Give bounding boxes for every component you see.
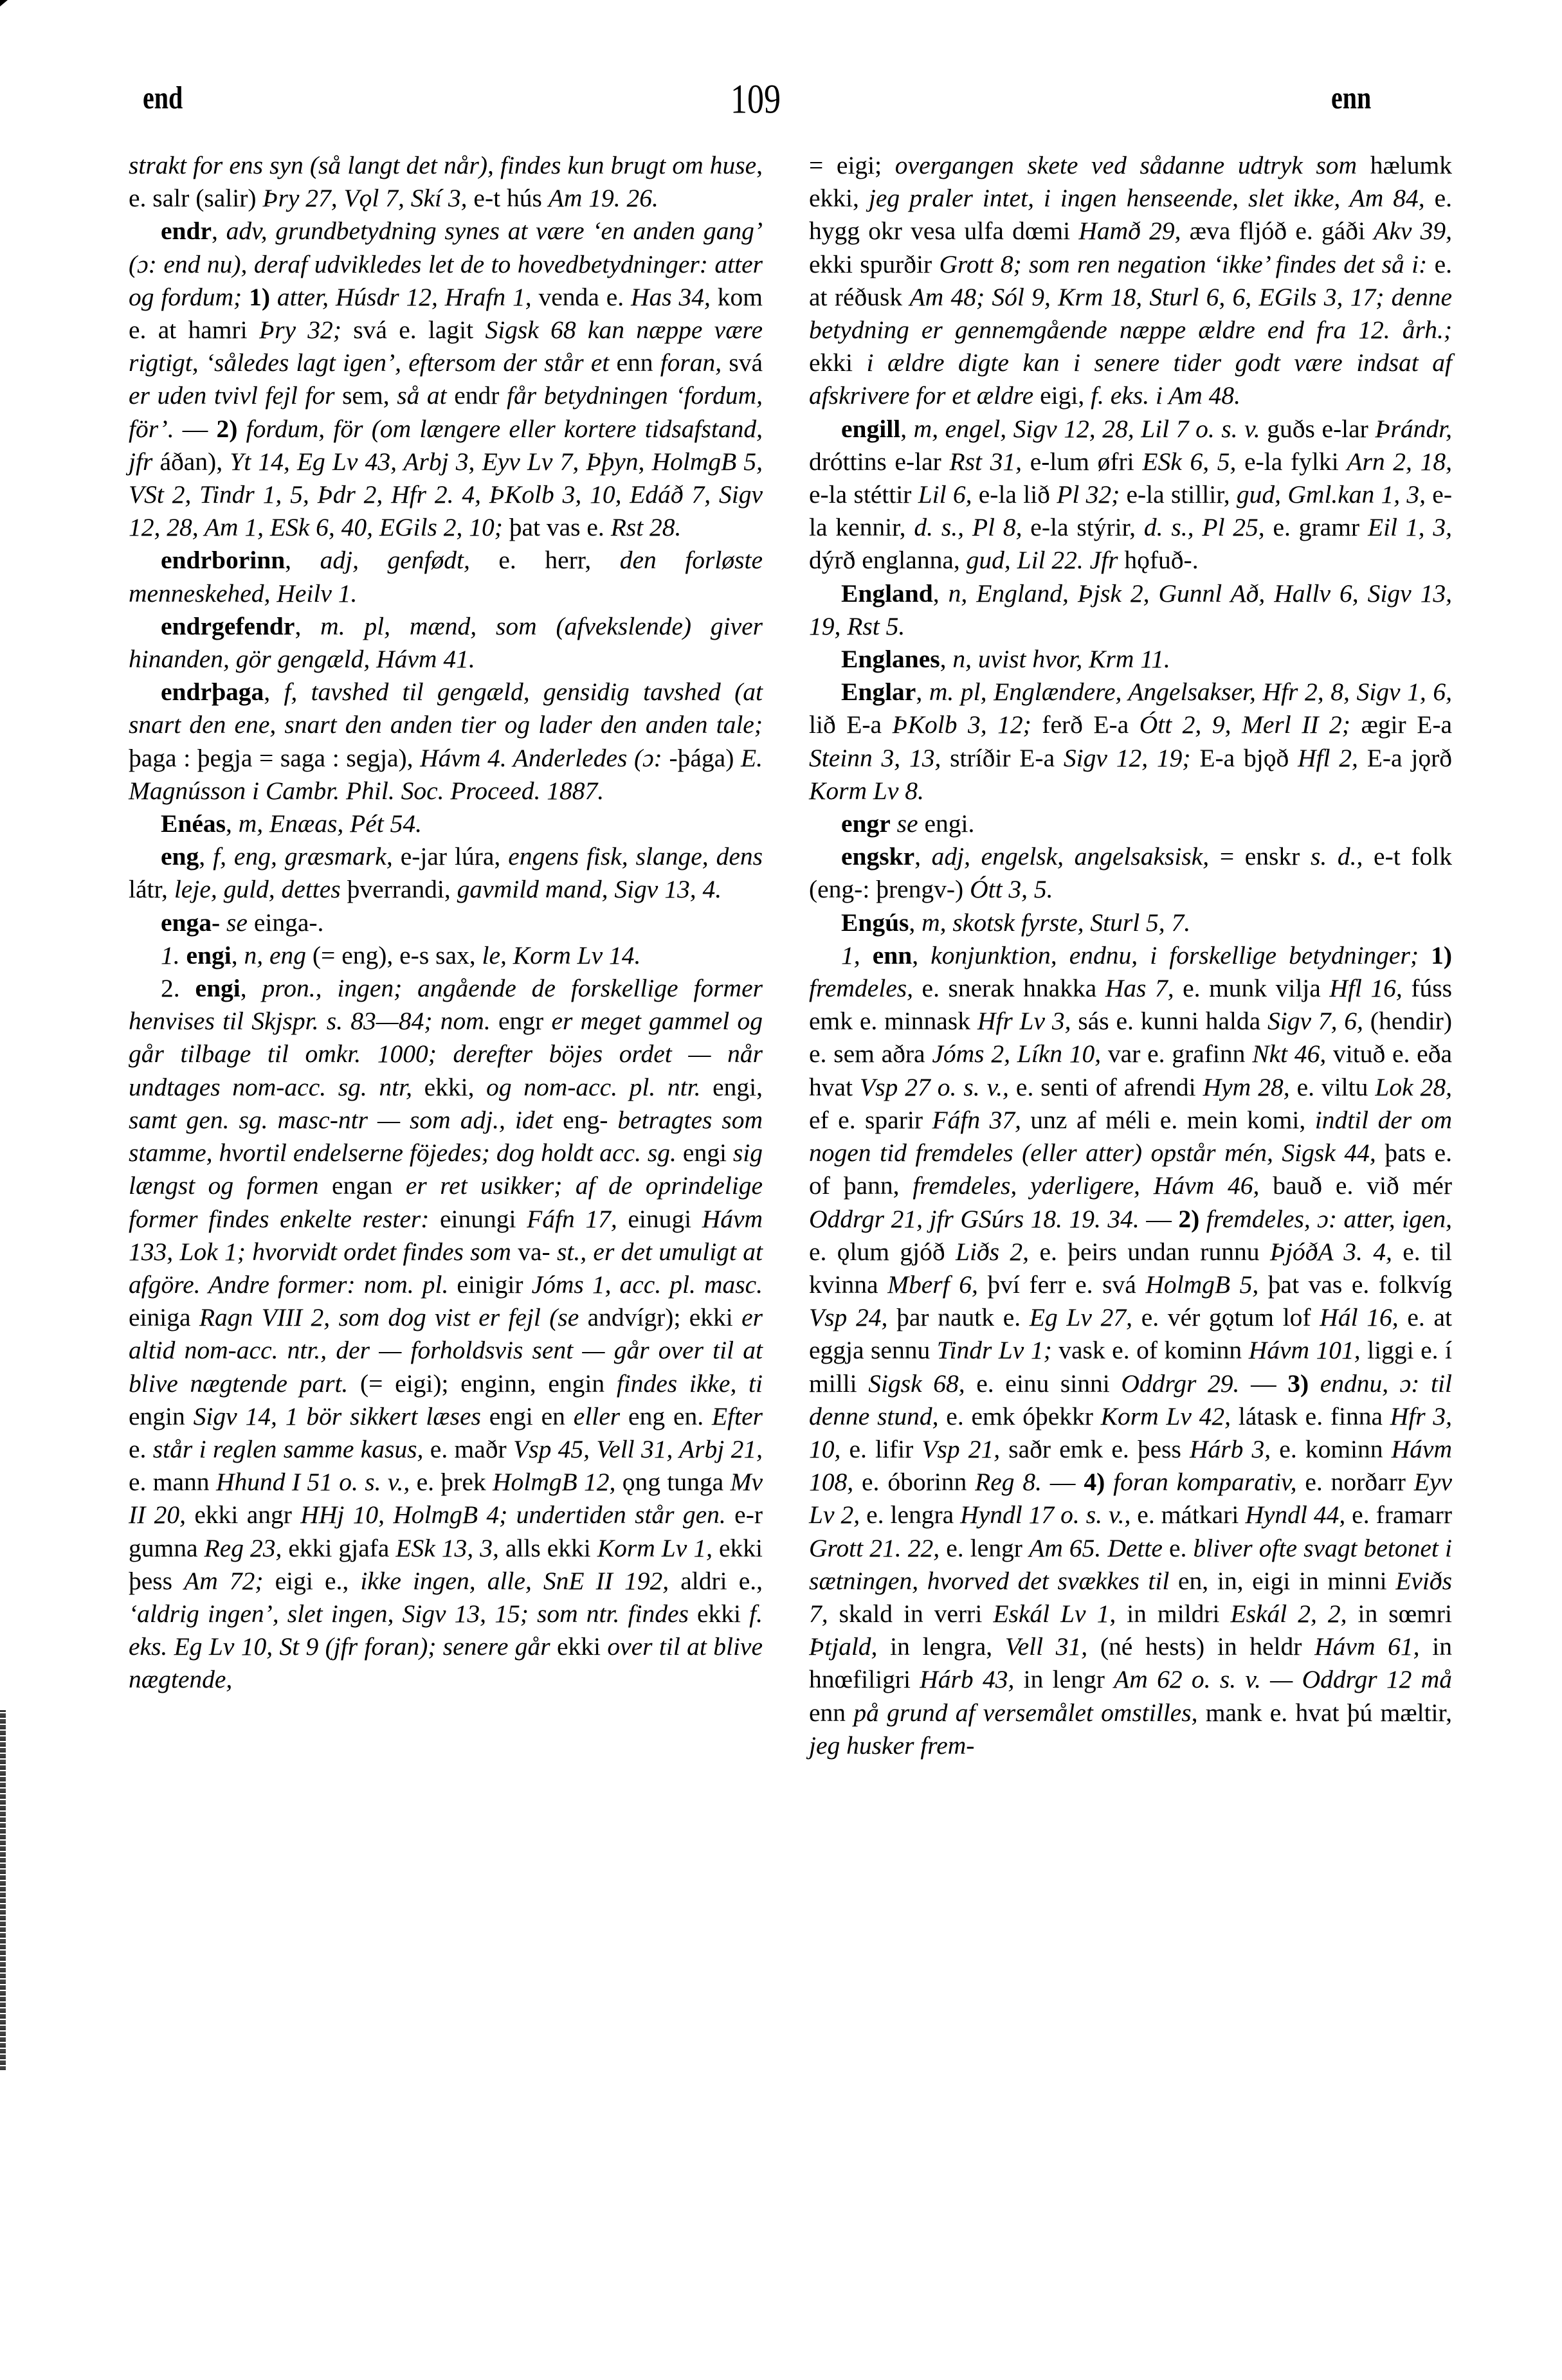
dictionary-entry: engr se engi. [809,807,1452,840]
roman-text: hǫfuð-. [1118,546,1199,574]
italic-gloss: jeg praler intet, i ingen henseende, sle… [869,184,1425,212]
roman-text: e. [129,1435,153,1463]
italic-gloss: Vsp 45, Vell 31, Arbj 21, [513,1435,763,1463]
roman-text: , [295,612,320,640]
italic-gloss: s. d., [1311,842,1363,870]
roman-text: e. senti of afrendi [1009,1073,1203,1101]
roman-text: enn [609,348,660,377]
italic-gloss: så at [397,381,446,410]
italic-gloss: Hál 16, [1320,1303,1398,1331]
italic-gloss: ÞjóðA 3. 4, [1270,1238,1392,1266]
guideword-right: enn [1331,78,1371,116]
roman-text: þat vas e. [503,513,611,541]
roman-text: e-la stýrir, [1022,513,1143,541]
roman-text: — [1042,1468,1084,1496]
roman-text: ekki [809,348,867,377]
italic-gloss: strakt for ens syn (så langt det når), f… [129,151,756,179]
roman-text: áðan), [152,447,230,476]
italic-gloss: Sigsk 68, [868,1369,965,1398]
italic-gloss: Hyndl 44, [1245,1501,1345,1529]
roman-text: e. framarr [1345,1501,1452,1529]
roman-text: lið E-a [809,710,893,739]
headword: England [841,579,933,608]
entry-continuation: = eigi; overgangen skete ved sådanne udt… [809,149,1452,413]
roman-text: þaga : þegja = saga : segja), [129,744,420,772]
roman-text: , [226,809,239,838]
roman-text: engi en [481,1402,574,1430]
roman-text: saðr emk e. þess [1000,1435,1190,1463]
italic-gloss: Nkt 46, [1252,1040,1326,1068]
roman-text: , [199,842,213,870]
dictionary-entry: 1, enn, konjunktion, endnu, i forskellig… [809,939,1452,1762]
italic-gloss: 1, [841,941,873,969]
roman-text: , [232,941,244,969]
roman-text: , [916,678,929,706]
italic-gloss: gud, Gml.kan 1, 3, [1237,480,1426,509]
roman-text: , [933,579,949,608]
page-header: end 109 enn [0,76,1562,114]
roman-text: eng en. [620,1402,712,1430]
roman-text: (= eng), e-s sax, [306,941,482,969]
dictionary-entry: 1. engi, n, eng (= eng), e-s sax, le, Ko… [129,939,763,972]
roman-text: e. emk óþekkr [939,1402,1101,1430]
dictionary-entry: engill, m, engel, Sigv 12, 28, Lil 7 o. … [809,413,1452,577]
italic-gloss: Korm Lv 1, [597,1534,713,1562]
italic-gloss: Hfl 2, [1298,744,1358,772]
roman-text: = eigi; [809,151,895,179]
headword: Englar [841,678,916,706]
roman-text: ekki [689,1600,749,1628]
italic-gloss: Þry 27, Vǫl 7, Skí 3, [262,184,467,212]
italic-gloss: jeg husker frem- [809,1731,974,1760]
roman-text: e-lum øfri [1022,447,1142,476]
roman-text: engi, [701,1073,763,1101]
italic-gloss: Am 65. Dette [1029,1534,1163,1562]
italic-gloss: foran komparativ, [1113,1468,1296,1496]
roman-text: dróttins e-lar [809,447,949,476]
italic-gloss: står i reglen samme kasus, [153,1435,424,1463]
scan-artifact-corner [0,0,8,6]
italic-gloss: d. s., Pl 25, [1144,513,1265,541]
italic-gloss: Am 72; [184,1567,263,1595]
italic-gloss: Grott 8; som ren negation ‘ikke’ findes … [939,250,1427,278]
italic-gloss: Fáfn 17, [527,1205,617,1233]
roman-text: , [241,974,262,1002]
italic-gloss: Pl 32; [1057,480,1120,509]
italic-gloss: konjunktion, endnu, i forskellige betydn… [931,941,1419,969]
scan-artifact-edge [0,1710,6,2070]
roman-text: engr [491,1007,552,1035]
roman-text: látask e. finna [1231,1402,1390,1430]
roman-text: eigi e., [264,1567,361,1595]
italic-gloss: leje, guld, dettes [174,875,341,903]
roman-text: vask e. of kominn [1052,1336,1249,1364]
roman-text: in sœmri [1347,1600,1452,1628]
italic-gloss: Þtjald, [809,1632,877,1661]
roman-text: unz af méli e. mein komi, [1021,1106,1315,1134]
headword: engskr [841,842,914,870]
roman-text: látr, [129,875,174,903]
italic-gloss: f. eks. i Am 48. [1091,381,1240,410]
italic-gloss: foran, [660,348,722,377]
dictionary-entry: Enéas, m, Enæas, Pét 54. [129,807,763,840]
roman-text: e. ǫlum gjóð [809,1238,956,1266]
roman-text: skald in verri [828,1600,994,1628]
italic-gloss: Reg 23, [204,1534,282,1562]
roman-text: E-a bjǫð [1191,744,1298,772]
italic-gloss: ESk 6, 5, [1142,447,1236,476]
roman-text: enn [809,1699,853,1727]
roman-text: þat vas e. folkvíg [1258,1270,1452,1299]
roman-text: e. kominn [1271,1435,1391,1463]
roman-text: e. gramr [1265,513,1368,541]
roman-text: ferð E-a [1031,710,1140,739]
roman-text: = enskr [1209,842,1311,870]
italic-gloss: Eil 1, 3, [1368,513,1452,541]
roman-text: einugi [617,1205,702,1233]
italic-gloss: Hhund I 51 o. s. v., [216,1468,410,1496]
roman-text: e. þrek [410,1468,493,1496]
italic-gloss: Lil 6, [918,480,972,509]
headword: enn [873,941,912,969]
roman-text: e. þeirs undan runnu [1029,1238,1270,1266]
italic-gloss: adj, genfødt, [320,546,470,574]
roman-text: e. óborinn [853,1468,975,1496]
roman-text: einiga [129,1303,199,1331]
italic-gloss: ÞKolb 3, 12; [893,710,1031,739]
italic-gloss: Steinn 3, 13, [809,744,941,772]
roman-text: venda e. [532,283,631,311]
roman-text: ægir E-a [1350,710,1452,739]
italic-gloss: Ragn VIII 2, som dog vist er fejl (se [199,1303,579,1331]
roman-text: in lengr [1014,1665,1114,1693]
italic-gloss: Vsp 24, [809,1303,887,1331]
dictionary-entry: England, n, England, Þjsk 2, Gunnl Að, H… [809,577,1452,643]
roman-text: engi. [918,809,975,838]
italic-gloss: og nom-acc. pl. ntr. [486,1073,700,1101]
headword: 2) [1178,1205,1206,1233]
roman-text: e. maðr [423,1435,513,1463]
roman-text: e. mátkari [1131,1501,1245,1529]
roman-text: ekki angr [186,1501,300,1529]
roman-text: 2. [161,974,195,1002]
italic-gloss: engens fisk, slange, dens [508,842,763,870]
italic-gloss: adj, engelsk, angelsaksisk, [932,842,1210,870]
italic-gloss: Efter [712,1402,763,1430]
headword: Enéas [161,809,226,838]
italic-gloss: Mberf 6, [887,1270,978,1299]
roman-text: einga-. [248,908,323,937]
italic-gloss: findes ikke, ti [617,1369,763,1398]
roman-text: va- [511,1238,557,1266]
roman-text: æva fljóð e. gáði [1181,217,1374,245]
italic-gloss: Grott 21. 22, [809,1534,940,1562]
italic-gloss: m, skotsk fyrste, Sturl 5, 7. [922,908,1190,937]
roman-text: eng- [553,1106,617,1134]
italic-gloss: n, uvist hvor, Krm 11. [952,645,1170,673]
headword: 4) [1084,1468,1113,1496]
italic-gloss: le, Korm Lv 14. [482,941,640,969]
italic-gloss: Hávm 61, [1314,1632,1419,1661]
italic-gloss: Has 7, [1105,974,1174,1002]
roman-text: e. [1163,1534,1194,1562]
italic-gloss: Ótt 2, 9, Merl II 2; [1140,710,1350,739]
italic-gloss: Vsp 21, [922,1435,1000,1463]
headword: enga- [161,908,220,937]
headword: Englanes [841,645,940,673]
italic-gloss: fremdeles, [809,974,913,1002]
italic-gloss: atter, Húsdr 12, Hrafn 1, [277,283,532,311]
italic-gloss: Reg 8. [975,1468,1042,1496]
italic-gloss: Hávm 101, [1249,1336,1361,1364]
roman-text: e-t hús [468,184,549,212]
roman-text: þar nautk e. [887,1303,1029,1331]
italic-gloss: Oddrgr 29. [1121,1369,1239,1398]
italic-gloss: er uden tvivl fejl for [129,381,335,410]
roman-text: e. munk vilja [1174,974,1330,1002]
italic-gloss: m, Enæas, Pét 54. [239,809,422,838]
italic-gloss: Eg Lv 27, [1030,1303,1132,1331]
italic-gloss: overgangen skete ved sådanne udtryk som [895,151,1357,179]
headword: endr [161,217,212,245]
italic-gloss: Eskál Lv 1, [993,1600,1116,1628]
italic-gloss: fremdeles, yderligere, Hávm 46, [913,1171,1259,1200]
right-column: = eigi; overgangen skete ved sådanne udt… [809,149,1452,1762]
roman-text: e-la stéttir [809,480,918,509]
page-number: 109 [731,76,781,123]
italic-gloss: Eskál 2, 2, [1231,1600,1347,1628]
dictionary-entry: endr, adv, grundbetydning synes at være … [129,215,763,544]
italic-gloss: Hárb 43, [920,1665,1014,1693]
roman-text: , [912,941,931,969]
roman-text: svá [722,348,763,377]
dictionary-entry: Englanes, n, uvist hvor, Krm 11. [809,643,1452,676]
italic-gloss: ‘aldrig ingen’, slet ingen, Sigv 13, 15;… [129,1600,689,1628]
roman-text: E-a jǫrð [1358,744,1452,772]
roman-text: , [914,842,932,870]
italic-gloss: f, eng, græsmark, [213,842,393,870]
roman-text: því ferr e. svá [978,1270,1145,1299]
italic-gloss: se [220,908,248,937]
roman-text: einungi [429,1205,527,1233]
roman-text: ef e. sparir [809,1106,932,1134]
roman-text: sem, [335,381,397,410]
italic-gloss: Sigv 14, 1 bör sikkert læses [194,1402,481,1430]
italic-gloss: Liðs 2, [956,1238,1029,1266]
roman-text: e-la fylki [1236,447,1347,476]
italic-gloss: Hamð 29, [1078,217,1181,245]
roman-text: (= eigi); enginn, engin [348,1369,617,1398]
dictionary-entry: eng, f, eng, græsmark, e-jar lúra, engen… [129,840,763,906]
italic-gloss: gud, Lil 22. Jfr [967,546,1118,574]
italic-gloss: Hávm 4. Anderledes (ɔ: [420,744,662,772]
headword: eng [161,842,199,870]
italic-gloss: Am 62 o. s. v. — Oddrgr 12 må [1114,1665,1452,1693]
italic-gloss: ESk 13, 3, [395,1534,498,1562]
italic-gloss: fremdeles, ɔ: atter, igen, [1206,1205,1452,1233]
roman-text: engin [129,1402,194,1430]
italic-gloss: Hfr Lv 3, [977,1007,1071,1035]
italic-gloss: HolmgB 5, [1145,1270,1258,1299]
italic-gloss: Has 34, [631,283,711,311]
headword: endrborinn [161,546,285,574]
italic-gloss: Am 19. 26. [549,184,658,212]
italic-gloss: Hyndl 17 o. s. v., [960,1501,1131,1529]
roman-text: -þága) [662,744,741,772]
roman-text: — [1140,1205,1179,1233]
italic-gloss: Sigv 7, 6, [1267,1007,1363,1035]
italic-gloss: HolmgB 12, [493,1468,615,1496]
italic-gloss: Ótt 3, 5. [970,875,1053,903]
italic-gloss: d. s., Pl 8, [914,513,1022,541]
italic-gloss: m. pl, Englændere, Angelsakser, Hfr 2, 8… [929,678,1452,706]
roman-text: guðs e-lar [1260,415,1376,443]
italic-gloss: Vell 31, [1005,1632,1087,1661]
italic-gloss: Fáfn 37, [932,1106,1021,1134]
italic-gloss: Oddrgr 21, jfr GSúrs 18. 19. 34. [809,1205,1140,1233]
italic-gloss: Lok 28, [1375,1073,1452,1101]
italic-gloss: på grund af versemålet omstilles, [853,1699,1197,1727]
dictionary-entry: endrborinn, adj, genfødt, e. herr, den f… [129,544,763,609]
headword: engi [195,974,241,1002]
roman-text: mank e. hvat þú mæltir, [1197,1699,1452,1727]
roman-text: einigir [448,1270,531,1299]
headword: endrþaga [161,678,264,706]
roman-text: bauð e. við mér [1259,1171,1452,1200]
italic-gloss: Rst 28. [611,513,682,541]
roman-text: ekki gjafa [282,1534,395,1562]
roman-text: e. vér gǫtum lof [1132,1303,1320,1331]
roman-text: , [212,217,226,245]
headword: 2) [217,415,246,443]
roman-text: ekki [550,1632,608,1661]
dictionary-entry: Englar, m. pl, Englændere, Angelsakser, … [809,676,1452,807]
italic-gloss: Korm Lv 8. [809,777,924,805]
italic-gloss: m, engel, Sigv 12, 28, Lil 7 o. s. v. [914,415,1260,443]
italic-gloss: Hárb 3, [1190,1435,1271,1463]
dictionary-entry: engskr, adj, engelsk, angelsaksisk, = en… [809,840,1452,906]
roman-text: e. lengra [860,1501,960,1529]
dictionary-entry: Engús, m, skotsk fyrste, Sturl 5, 7. [809,906,1452,939]
entry-continuation: strakt for ens syn (så langt det når), f… [129,149,763,215]
italic-gloss: Þrándr, [1375,415,1452,443]
roman-text: ǫng tunga [615,1468,730,1496]
roman-text: var e. grafinn [1101,1040,1252,1068]
roman-text: , [909,908,922,937]
italic-gloss: Hym 28, [1203,1073,1290,1101]
roman-text: sás e. kunni halda [1071,1007,1267,1035]
headword: Engús [841,908,909,937]
roman-text: alls ekki [499,1534,597,1562]
roman-text: in mildri [1116,1600,1230,1628]
roman-text: e-la lið [972,480,1057,509]
roman-text: dýrð englanna, [809,546,967,574]
italic-gloss: eller [574,1402,620,1430]
roman-text: endr [447,381,507,410]
headword: 3) [1287,1369,1320,1398]
italic-gloss: Akv 39, [1374,217,1452,245]
italic-gloss: samt gen. sg. masc-ntr — som adj., idet [129,1106,553,1134]
italic-gloss: se [891,809,918,838]
roman-text: þverrandi, [341,875,457,903]
roman-text: , [900,415,913,443]
roman-text: svá e. lagit [341,316,485,344]
italic-gloss: Rst 31, [949,447,1022,476]
roman-text: engi [677,1139,733,1167]
italic-gloss: Arn 2, 18, [1347,447,1452,476]
dictionary-entry: endrgefendr, m. pl, mænd, som (afvekslen… [129,610,763,676]
italic-gloss: Sigv 12, 19; [1064,744,1191,772]
headword: engr [841,809,891,838]
roman-text: e. snerak hnakka [913,974,1105,1002]
guideword-left: end [143,78,183,116]
roman-text: , [285,546,320,574]
roman-text: ekki spurðir [809,250,939,278]
roman-text: , [264,678,284,706]
roman-text: ekki, [412,1073,486,1101]
italic-gloss: Jóms 2, Líkn 10, [932,1040,1101,1068]
italic-gloss: Jóms 1, acc. pl. masc. [532,1270,763,1299]
roman-text: e-jar lúra, [393,842,509,870]
dictionary-entry: enga- se einga-. [129,906,763,939]
italic-gloss: Vsp 27 o. s. v., [860,1073,1009,1101]
headword: engill [841,415,900,443]
left-column: strakt for ens syn (så langt det når), f… [129,149,763,1697]
roman-text: (né hests) in heldr [1087,1632,1314,1661]
roman-text: , [940,645,953,673]
italic-gloss: Þry 32; [259,316,341,344]
roman-text: in lengra, [877,1632,1004,1661]
roman-text: en, in, eigi in minni [1169,1567,1395,1595]
italic-gloss: 1. [161,941,186,969]
italic-gloss: Hfl 16, [1329,974,1402,1002]
italic-gloss: Tindr Lv 1; [937,1336,1052,1364]
italic-gloss: gavmild mand, Sigv 13, 4. [457,875,722,903]
roman-text: e. einu sinni [965,1369,1122,1398]
headword: 1) [242,283,277,311]
italic-gloss: Korm Lv 42, [1101,1402,1231,1430]
headword: 1) [1419,941,1452,969]
italic-gloss: ikke ingen, alle, SnE II 192, [360,1567,669,1595]
dictionary-entry: endrþaga, f, tavshed til gengæld, gensid… [129,676,763,807]
roman-text: andvígr); ekki [579,1303,741,1331]
roman-text: — [174,415,217,443]
roman-text: e. lengr [940,1534,1029,1562]
roman-text: stríðir E-a [941,744,1064,772]
roman-text: e. lifir [840,1435,922,1463]
dictionary-entry: 2. engi, pron., ingen; angående de forsk… [129,972,763,1696]
roman-text: e. norðarr [1296,1468,1413,1496]
roman-text: e. viltu [1290,1073,1376,1101]
headword: endrgefendr [161,612,295,640]
roman-text: — [1239,1369,1287,1398]
headword: engi [186,941,232,969]
roman-text: eigi, [1033,381,1091,410]
roman-text: engan [319,1171,406,1200]
roman-text: aldri e., [669,1567,763,1595]
italic-gloss: n, eng [244,941,306,969]
roman-text: e. mann [129,1468,216,1496]
roman-text: e. herr, [470,546,620,574]
italic-gloss: HHj 10, HolmgB 4; undertiden står gen. [300,1501,726,1529]
roman-text: e-la stillir, [1120,480,1237,509]
